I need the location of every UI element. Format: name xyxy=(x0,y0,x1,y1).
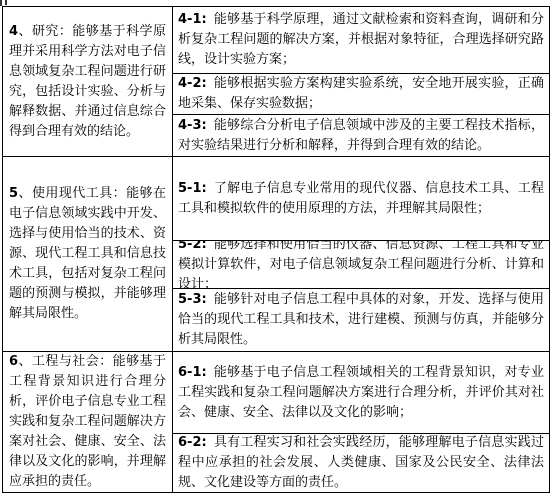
sub-requirement-cell: 4-2:能够根据实验方案构建实验系统，安全地开展实验，正确地采集、保存实验数据； xyxy=(173,74,549,115)
sub-requirement-text: 4-1:能够基于科学原理，通过文献检索和资料查询，调研和分析复杂工程问题的解决方… xyxy=(178,10,544,70)
sub-requirement-id: 5-2: xyxy=(178,241,207,252)
requirement-body: 、工程与社会：能够基于工程背景知识进行合理分析，评价电子信息专业工程实践和复杂工… xyxy=(9,354,166,489)
requirement-number: 6 xyxy=(9,354,18,369)
requirement-body: 、使用现代工具：能够在电子信息领域实践中开发、选择与使用恰当的技术、资源、现代工… xyxy=(9,186,166,321)
sub-requirement-id: 5-3: xyxy=(178,292,207,307)
sub-requirement-body: 能够选择和使用恰当的仪器、信息资源、工程工具和专业模拟计算软件，对电子信息领域复… xyxy=(178,241,544,289)
sub-requirement-text: 6-1:能够基于电子信息工程领域相关的工程背景知识，对专业工程实践和复杂工程问题… xyxy=(178,363,544,423)
sub-requirement-cell: 5-3:能够针对电子信息工程中具体的对象，开发、选择与使用恰当的现代工程工具和技… xyxy=(173,289,549,351)
sub-requirement-id: 4-3: xyxy=(178,118,207,133)
sub-requirement-body: 能够基于电子信息工程领域相关的工程背景知识，对专业工程实践和复杂工程问题解决方案… xyxy=(178,365,544,420)
sub-requirement-text: 6-2:具有工程实习和社会实践经历，能够理解电子信息实践过程中应承担的社会发展、… xyxy=(178,434,544,492)
sub-requirement-text: 4-2:能够根据实验方案构建实验系统，安全地开展实验，正确地采集、保存实验数据； xyxy=(178,74,544,114)
table-row: 4、研究：能够基于科学原理并采用科学方法对电子信息领域复杂工程问题进行研究，包括… xyxy=(3,7,549,157)
requirement-number: 5 xyxy=(9,186,18,201)
requirement-number: 4 xyxy=(9,24,18,39)
requirement-cell: 5、使用现代工具：能够在电子信息领域实践中开发、选择与使用恰当的技术、资源、现代… xyxy=(3,157,173,351)
sub-requirement-id: 6-1: xyxy=(178,365,207,380)
sub-requirement-cell: 5-1:了解电子信息专业常用的现代仪器、信息技术工具、工程工具和模拟软件的使用原… xyxy=(173,157,549,241)
table-row: 5、使用现代工具：能够在电子信息领域实践中开发、选择与使用恰当的技术、资源、现代… xyxy=(3,157,549,352)
requirement-body: 、研究：能够基于科学原理并采用科学方法对电子信息领域复杂工程问题进行研究，包括设… xyxy=(9,24,166,139)
sub-requirements-column: 4-1:能够基于科学原理，通过文献检索和资料查询，调研和分析复杂工程问题的解决方… xyxy=(173,7,549,156)
requirement-cell: 4、研究：能够基于科学原理并采用科学方法对电子信息领域复杂工程问题进行研究，包括… xyxy=(3,7,173,156)
sub-requirement-cell: 5-2:能够选择和使用恰当的仪器、信息资源、工程工具和专业模拟计算软件，对电子信… xyxy=(173,241,549,289)
sub-requirement-cell: 6-1:能够基于电子信息工程领域相关的工程背景知识，对专业工程实践和复杂工程问题… xyxy=(173,352,549,434)
requirement-cell: 6、工程与社会：能够基于工程背景知识进行合理分析，评价电子信息专业工程实践和复杂… xyxy=(3,352,173,492)
sub-requirements-column: 5-1:了解电子信息专业常用的现代仪器、信息技术工具、工程工具和模拟软件的使用原… xyxy=(173,157,549,351)
sub-requirement-text: 5-3:能够针对电子信息工程中具体的对象，开发、选择与使用恰当的现代工程工具和技… xyxy=(178,290,544,350)
sub-requirement-body: 能够针对电子信息工程中具体的对象，开发、选择与使用恰当的现代工程工具和技术，进行… xyxy=(178,292,544,347)
sub-requirement-id: 4-1: xyxy=(178,12,207,27)
sub-requirement-body: 能够基于科学原理，通过文献检索和资料查询，调研和分析复杂工程问题的解决方案，并根… xyxy=(178,12,544,67)
sub-requirement-cell: 4-3:能够综合分析电子信息领域中涉及的主要工程技术指标，对实验结果进行分析和解… xyxy=(173,115,549,156)
table-row: 6、工程与社会：能够基于工程背景知识进行合理分析，评价电子信息专业工程实践和复杂… xyxy=(3,352,549,492)
sub-requirement-body: 了解电子信息专业常用的现代仪器、信息技术工具、工程工具和模拟软件的使用原理的方法… xyxy=(178,181,544,216)
sub-requirement-text: 5-1:了解电子信息专业常用的现代仪器、信息技术工具、工程工具和模拟软件的使用原… xyxy=(178,179,544,219)
graduation-requirements-table: 4、研究：能够基于科学原理并采用科学方法对电子信息领域复杂工程问题进行研究，包括… xyxy=(2,6,550,493)
sub-requirement-text: 4-3:能够综合分析电子信息领域中涉及的主要工程技术指标，对实验结果进行分析和解… xyxy=(178,116,544,156)
requirement-text: 5、使用现代工具：能够在电子信息领域实践中开发、选择与使用恰当的技术、资源、现代… xyxy=(9,184,166,324)
sub-requirement-body: 具有工程实习和社会实践经历，能够理解电子信息实践过程中应承担的社会发展、人类健康… xyxy=(178,435,544,490)
sub-requirement-id: 6-2: xyxy=(178,435,207,450)
requirement-text: 6、工程与社会：能够基于工程背景知识进行合理分析，评价电子信息专业工程实践和复杂… xyxy=(9,352,166,492)
sub-requirement-text: 5-2:能够选择和使用恰当的仪器、信息资源、工程工具和专业模拟计算软件，对电子信… xyxy=(178,241,544,289)
sub-requirement-body: 能够根据实验方案构建实验系统，安全地开展实验，正确地采集、保存实验数据； xyxy=(178,76,544,111)
sub-requirements-column: 6-1:能够基于电子信息工程领域相关的工程背景知识，对专业工程实践和复杂工程问题… xyxy=(173,352,549,492)
requirement-text: 4、研究：能够基于科学原理并采用科学方法对电子信息领域复杂工程问题进行研究，包括… xyxy=(9,22,166,142)
sub-requirement-body: 能够综合分析电子信息领域中涉及的主要工程技术指标，对实验结果进行分析和解释，并得… xyxy=(178,118,544,153)
sub-requirement-id: 5-1: xyxy=(178,181,207,196)
sub-requirement-cell: 4-1:能够基于科学原理，通过文献检索和资料查询，调研和分析复杂工程问题的解决方… xyxy=(173,7,549,74)
sub-requirement-id: 4-2: xyxy=(178,76,207,91)
sub-requirement-cell: 6-2:具有工程实习和社会实践经历，能够理解电子信息实践过程中应承担的社会发展、… xyxy=(173,434,549,492)
